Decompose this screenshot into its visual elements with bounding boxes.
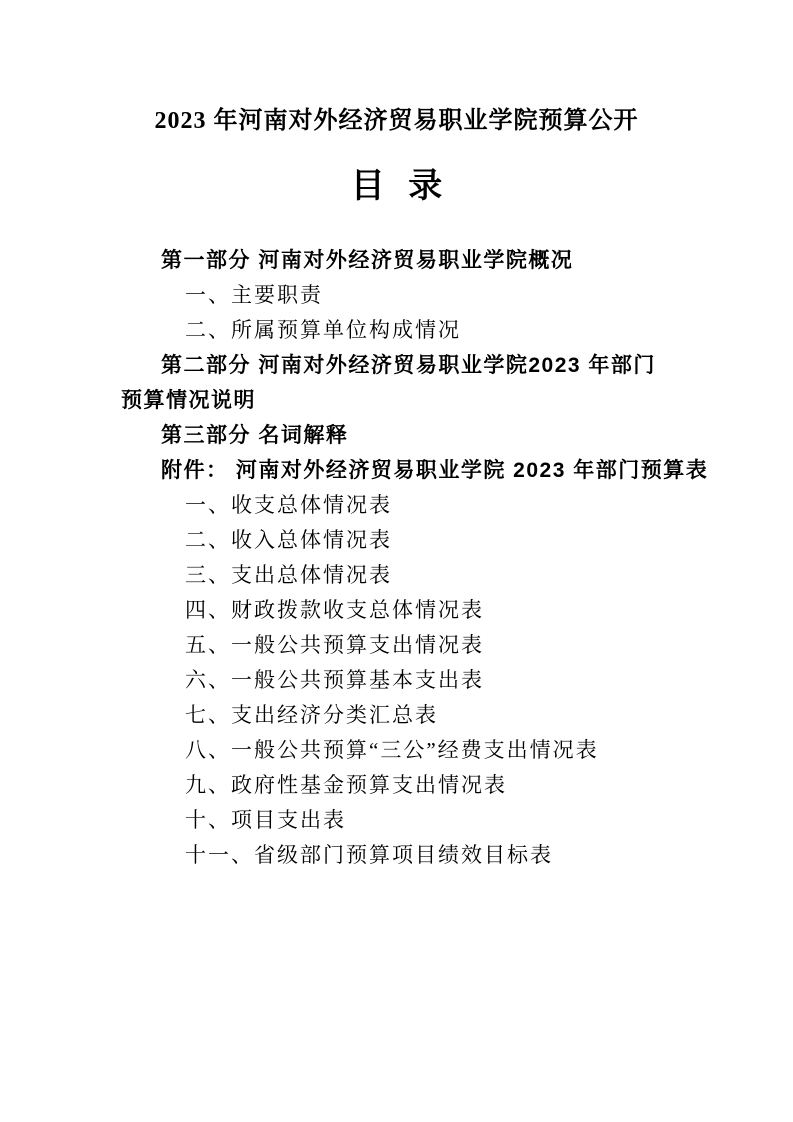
toc-entry-attachment-2: 二、收入总体情况表	[121, 523, 713, 558]
toc-entry-attachments: 附件： 河南对外经济贸易职业学院 2023 年部门预算表	[121, 453, 713, 488]
toc-entry-part1: 第一部分 河南对外经济贸易职业学院概况	[121, 243, 713, 278]
toc-entry-part1-item1: 一、主要职责	[121, 278, 713, 313]
toc-entry-part3: 第三部分 名词解释	[121, 418, 713, 453]
toc-entry-part2-line1: 第二部分 河南对外经济贸易职业学院2023 年部门	[121, 348, 713, 383]
toc-entry-attachment-3: 三、支出总体情况表	[121, 558, 713, 593]
toc-entry-attachment-10: 十、项目支出表	[121, 803, 713, 838]
document-page: 2023 年河南对外经济贸易职业学院预算公开 目 录 第一部分 河南对外经济贸易…	[0, 0, 793, 1122]
toc-heading: 目 录	[0, 158, 793, 207]
toc-entry-attachment-9: 九、政府性基金预算支出情况表	[121, 768, 713, 803]
toc-entry-attachment-5: 五、一般公共预算支出情况表	[121, 628, 713, 663]
toc-entry-attachment-7: 七、支出经济分类汇总表	[121, 698, 713, 733]
toc-entry-attachment-1: 一、收支总体情况表	[121, 488, 713, 523]
toc-entry-part2-line2: 预算情况说明	[121, 383, 713, 418]
toc-entry-part1-item2: 二、所属预算单位构成情况	[121, 313, 713, 348]
toc-entry-attachment-4: 四、财政拨款收支总体情况表	[121, 593, 713, 628]
toc-entry-attachment-11: 十一、省级部门预算项目绩效目标表	[121, 838, 713, 873]
toc-list: 第一部分 河南对外经济贸易职业学院概况 一、主要职责 二、所属预算单位构成情况 …	[121, 243, 713, 873]
toc-entry-attachment-6: 六、一般公共预算基本支出表	[121, 663, 713, 698]
document-title: 2023 年河南对外经济贸易职业学院预算公开	[0, 100, 793, 135]
toc-entry-attachment-8: 八、一般公共预算“三公”经费支出情况表	[121, 733, 713, 768]
